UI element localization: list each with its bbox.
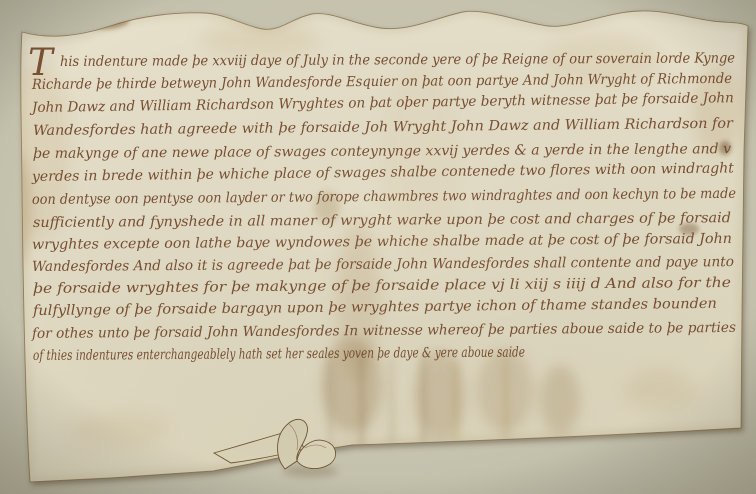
photo-vignette [0, 0, 756, 494]
manuscript-photo: T his indenture made þe xxviij daye of J… [0, 0, 756, 494]
